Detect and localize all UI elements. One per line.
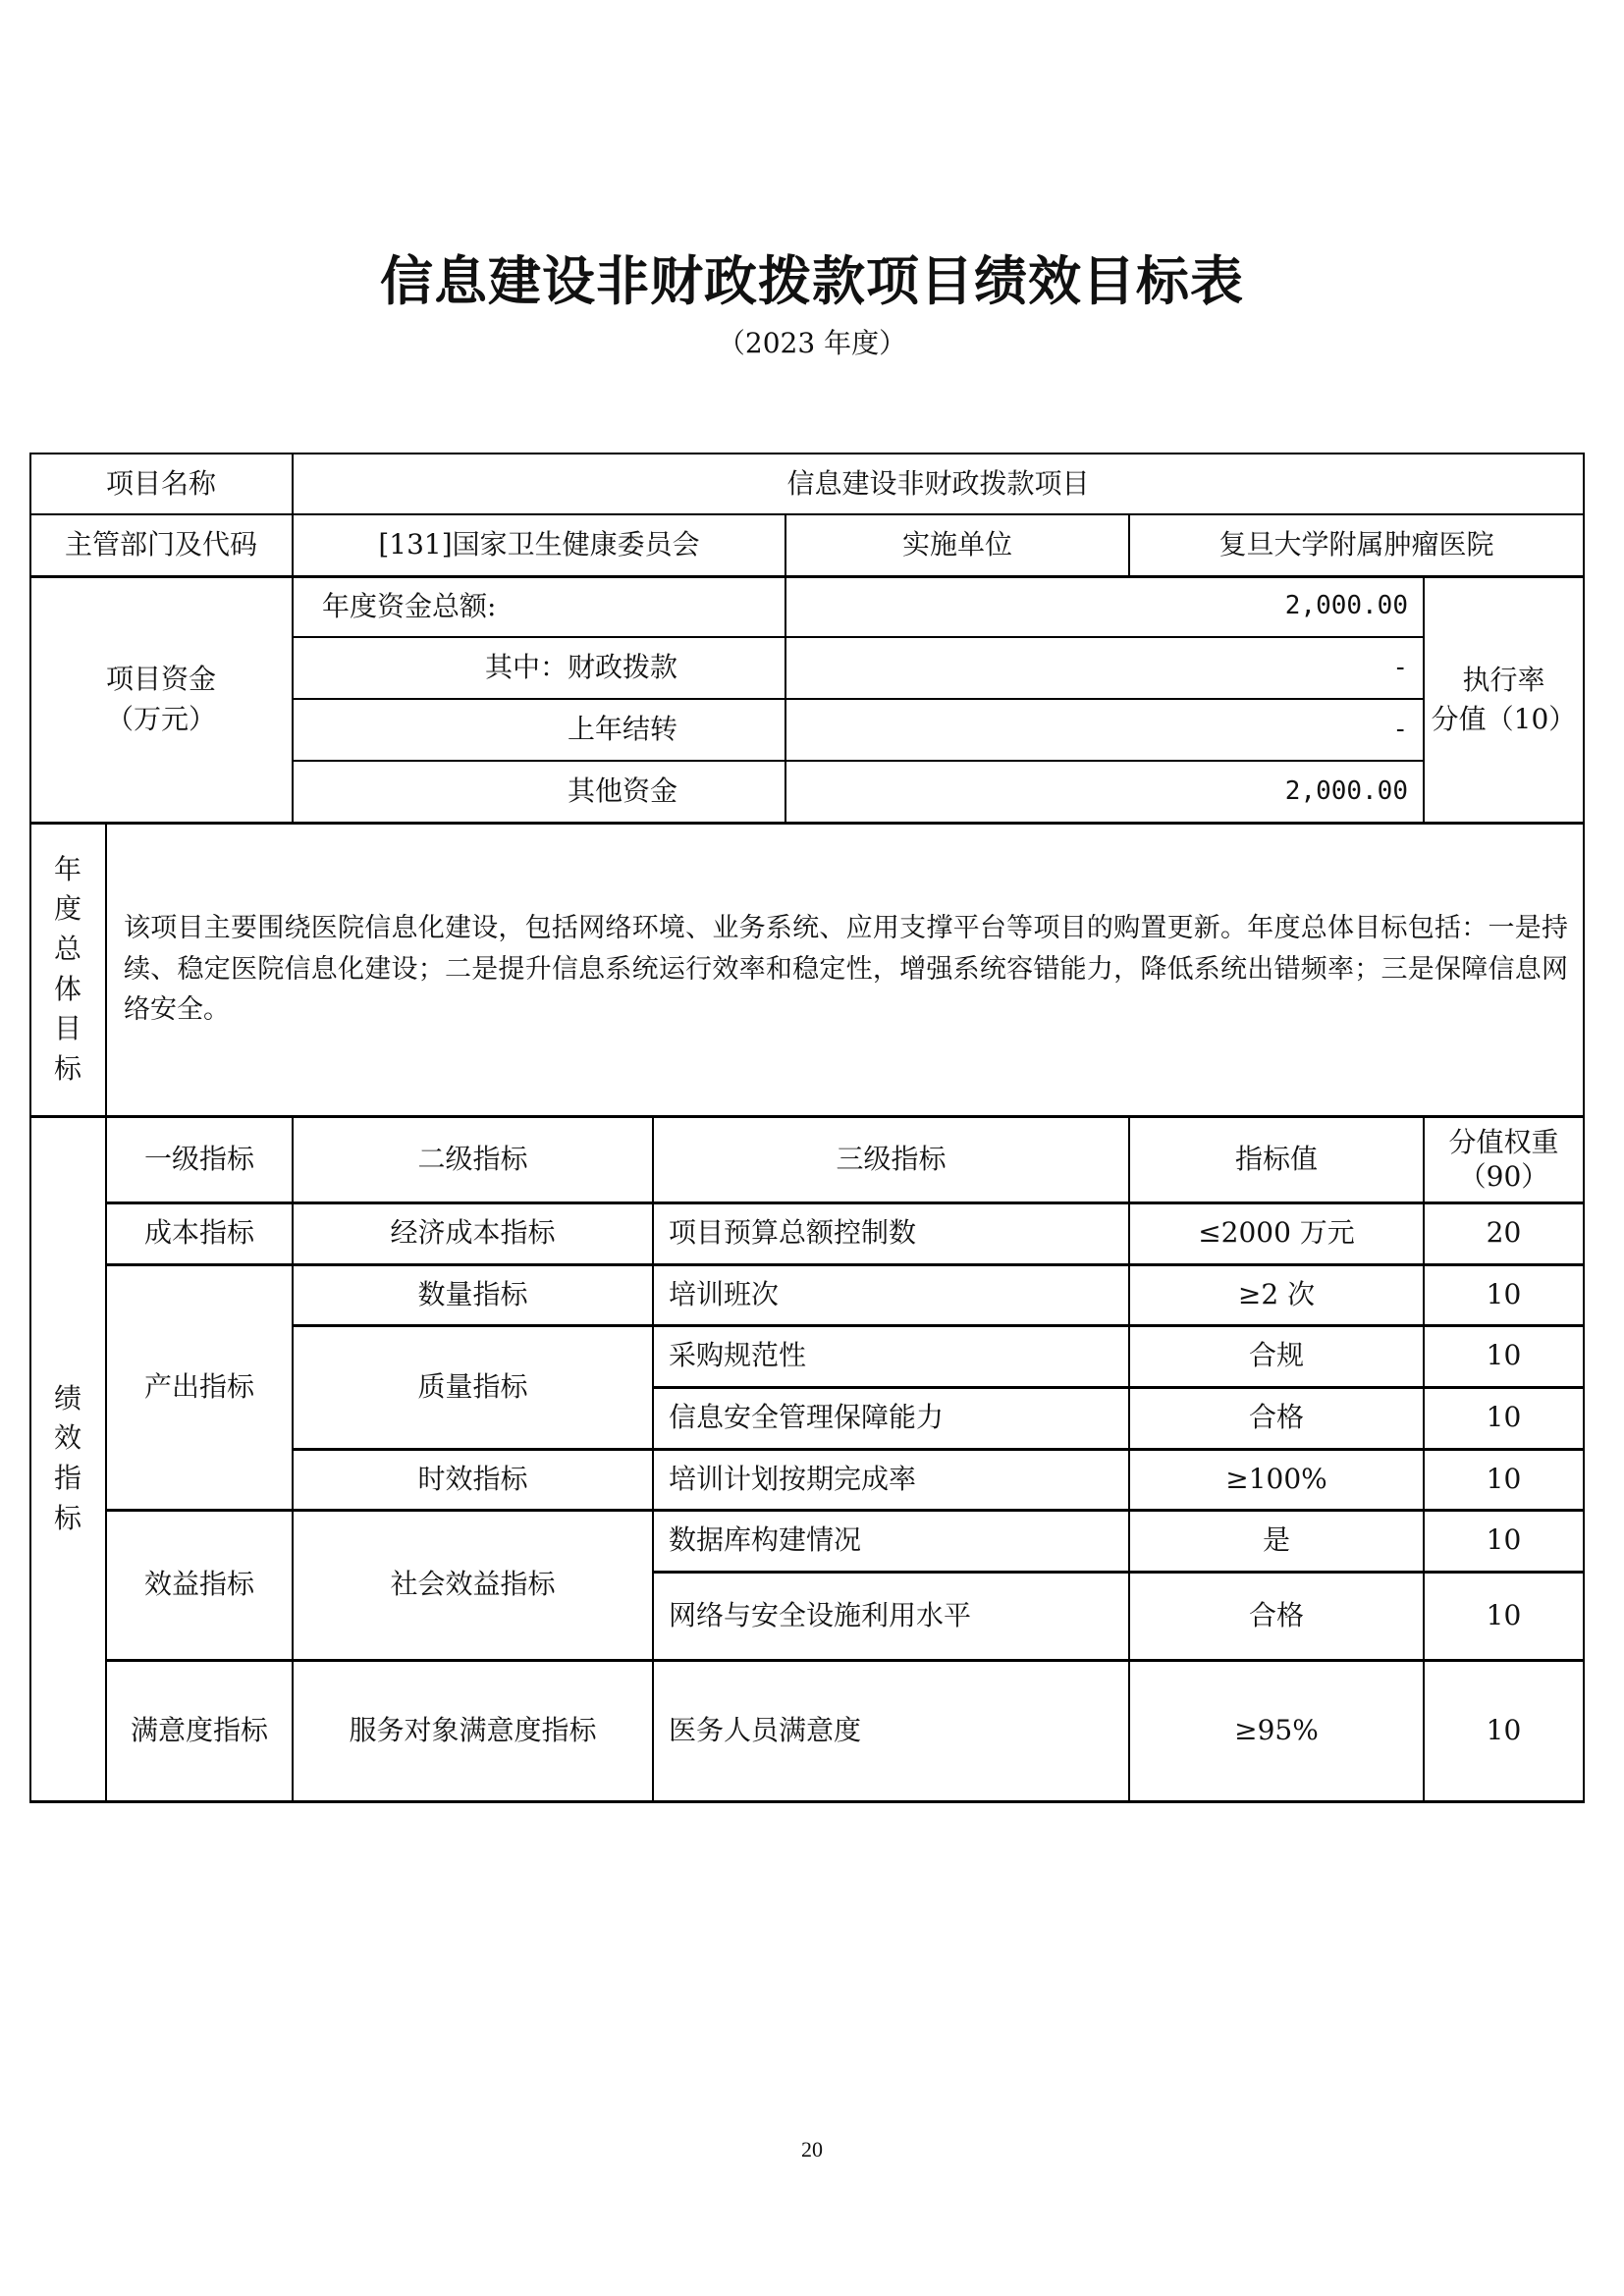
divider [106,1659,1585,1662]
divider [292,453,294,823]
fund-row-value-other: 2,000.00 [785,761,1424,823]
table-border-left [29,453,31,1803]
funds-label-text: 项目资金 [106,660,216,700]
indicator-value: ≥95% [1129,1660,1424,1801]
divider [293,760,1424,762]
annual-goal-label: 年 度 总 体 目 标 [29,823,106,1116]
fund-row-label-fiscal: 其中：财政拨款 [293,637,785,699]
divider [785,514,786,823]
divider [106,1263,1585,1266]
level2-service-satisfaction: 服务对象满意度指标 [293,1660,653,1801]
indicator-weight: 10 [1424,1660,1584,1801]
level2-quality: 质量指标 [293,1325,653,1449]
level3-row: 数据库构建情况 [653,1510,1129,1572]
exec-rate-text-1: 执行率 [1462,661,1544,699]
level3-row: 培训班次 [653,1264,1129,1325]
divider [29,575,1585,578]
level3-row: 项目预算总额控制数 [653,1202,1129,1264]
indicator-weight: 10 [1424,1387,1584,1449]
divider [29,513,1585,515]
level3-row: 采购规范性 [653,1325,1129,1387]
header-level1: 一级指标 [106,1116,293,1202]
dept-label: 主管部门及代码 [29,514,293,576]
annual-goal-char: 总 [54,930,81,970]
table-border-right [1583,453,1585,1803]
annual-goal-char: 体 [54,970,81,1010]
fund-row-label-other: 其他资金 [293,761,785,823]
indicator-weight: 10 [1424,1325,1584,1387]
divider [1128,1116,1130,1801]
fund-row-value-carryover: - [785,699,1424,761]
indicator-value: ≥100% [1129,1449,1424,1510]
funds-label: 项目资金 （万元） [29,576,293,823]
annual-goal-char: 目 [54,1009,81,1049]
divider [652,1116,654,1801]
divider [653,1571,1585,1574]
indicator-value: ≤2000 万元 [1129,1202,1424,1264]
indicator-value: 合格 [1129,1572,1424,1660]
fund-row-label-total: 年度资金总额: [293,576,785,637]
table-border-bottom [29,1800,1585,1803]
divider [105,823,107,1802]
indicator-weight: 10 [1424,1510,1584,1572]
funds-unit-text: （万元） [106,700,216,740]
divider [293,1448,1585,1451]
annual-goal-char: 年 [54,850,81,890]
project-name-value: 信息建设非财政拨款项目 [293,454,1584,514]
header-value: 指标值 [1129,1116,1424,1202]
project-name-label: 项目名称 [29,454,293,514]
document-title: 信息建设非财政拨款项目绩效目标表 [0,240,1624,315]
divider [293,698,1424,700]
indicators-section-label: 绩 效 指 标 [29,1116,106,1801]
page-number: 20 [0,2137,1624,2163]
divider [1423,1116,1425,1801]
exec-rate-label: 执行率 分值（10） [1424,576,1584,823]
indicators-label-char: 效 [54,1418,81,1459]
indicator-weight: 10 [1424,1572,1584,1660]
annual-goal-text: 该项目主要围绕医院信息化建设，包括网络环境、业务系统、应用支撑平台等项目的购置更… [106,823,1584,1116]
divider [106,1509,1585,1512]
divider [292,1116,294,1801]
divider [29,822,1585,825]
level2-economic-cost: 经济成本指标 [293,1202,653,1264]
document-subtitle: （2023 年度） [0,322,1624,361]
level2-quantity: 数量指标 [293,1264,653,1325]
header-level2: 二级指标 [293,1116,653,1202]
indicator-weight: 10 [1424,1449,1584,1510]
divider [653,1386,1585,1389]
header-weight-total: （90） [1459,1159,1549,1194]
level1-satisfaction: 满意度指标 [106,1660,293,1801]
level1-output: 产出指标 [106,1264,293,1510]
indicator-value: 是 [1129,1510,1424,1572]
divider [1128,514,1130,576]
divider [1423,576,1425,823]
annual-goal-char: 度 [54,889,81,930]
header-weight-text: 分值权重 [1448,1125,1558,1159]
level3-row: 医务人员满意度 [653,1660,1129,1801]
indicator-weight: 20 [1424,1202,1584,1264]
table-border-top [29,453,1585,454]
exec-rate-text-2: 分值（10） [1432,700,1577,738]
fund-row-value-fiscal: - [785,637,1424,699]
level1-benefit: 效益指标 [106,1510,293,1660]
level2-timeliness: 时效指标 [293,1449,653,1510]
divider [293,636,1424,638]
dept-value: [131]国家卫生健康委员会 [293,514,785,576]
impl-unit-label: 实施单位 [785,514,1129,576]
indicator-value: ≥2 次 [1129,1264,1424,1325]
level3-row: 信息安全管理保障能力 [653,1387,1129,1449]
level3-row: 培训计划按期完成率 [653,1449,1129,1510]
header-weight: 分值权重 （90） [1424,1116,1584,1202]
indicator-weight: 10 [1424,1264,1584,1325]
level2-social-benefit: 社会效益指标 [293,1510,653,1660]
indicator-value: 合格 [1129,1387,1424,1449]
annual-goal-char: 标 [54,1049,81,1090]
fund-row-label-carryover: 上年结转 [293,699,785,761]
fund-row-value-total: 2,000.00 [785,576,1424,637]
divider [106,1201,1585,1204]
indicators-label-char: 绩 [54,1379,81,1419]
divider [29,1115,1585,1118]
level1-cost: 成本指标 [106,1202,293,1264]
impl-unit-value: 复旦大学附属肿瘤医院 [1129,514,1584,576]
header-level3: 三级指标 [653,1116,1129,1202]
indicator-value: 合规 [1129,1325,1424,1387]
indicators-label-char: 指 [54,1459,81,1499]
divider [293,1324,1585,1327]
indicators-label-char: 标 [54,1499,81,1539]
level3-row: 网络与安全设施利用水平 [653,1572,1129,1660]
